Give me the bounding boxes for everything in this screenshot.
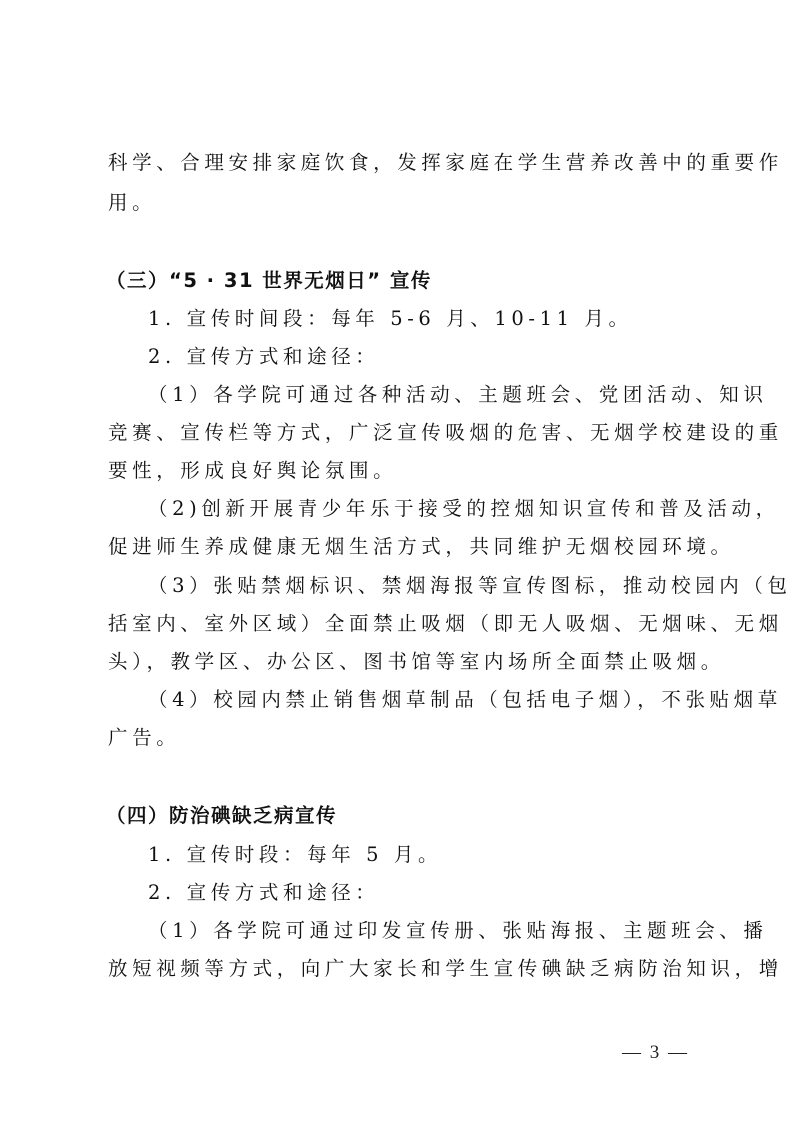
intro-line-1: 科学、合理安排家庭饮食，发挥家庭在学生营养改善中的重要作 (108, 151, 783, 175)
section-3-sub-2-line-2: 促进师生养成健康无烟生活方式，共同维护无烟校园环境。 (108, 535, 735, 559)
section-3-item-2: 2. 宣传方式和途径： (148, 345, 379, 369)
section-3-sub-3-line-3: 头），教学区、办公区、图书馆等室内场所全面禁止吸烟。 (108, 650, 725, 674)
page-number: — 3 — (622, 1042, 689, 1064)
section-4-heading: （四）防治碘缺乏病宣传 (106, 804, 337, 828)
section-3-sub-4-line-1: （4）校园内禁止销售烟草制品（包括电子烟），不张贴烟草 (148, 688, 782, 712)
section-3-sub-3-line-1: （3）张贴禁烟标识、禁烟海报等宣传图标，推动校园内（包 (148, 574, 792, 598)
section-3-sub-4-line-2: 广告。 (108, 726, 180, 750)
section-3-item-1: 1. 宣传时间段：每年 5-6 月、10-11 月。 (148, 307, 633, 331)
section-4-item-2: 2. 宣传方式和途径： (148, 881, 379, 905)
intro-line-2: 用。 (108, 191, 156, 215)
section-4-sub-1-line-2: 放短视频等方式，向广大家长和学生宣传碘缺乏病防治知识，增 (108, 957, 783, 981)
section-3-sub-3-line-2: 括室内、室外区域）全面禁止吸烟（即无人吸烟、无烟味、无烟 (108, 612, 783, 636)
section-3-sub-2-line-1: （2)创新开展青少年乐于接受的控烟知识宣传和普及活动， (148, 497, 780, 521)
section-3-heading: （三）“5 · 31 世界无烟日” 宣传 (106, 269, 432, 293)
section-3-sub-1-line-1: （1）各学院可通过各种活动、主题班会、党团活动、知识 (148, 383, 768, 407)
section-4-sub-1-line-1: （1）各学院可通过印发宣传册、张贴海报、主题班会、播 (148, 919, 768, 943)
document-page: 科学、合理安排家庭饮食，发挥家庭在学生营养改善中的重要作 用。 （三）“5 · … (0, 0, 793, 1122)
section-4-item-1: 1. 宣传时段：每年 5 月。 (148, 843, 442, 867)
section-3-sub-1-line-3: 要性，形成良好舆论氛围。 (108, 459, 397, 483)
section-3-sub-1-line-2: 竞赛、宣传栏等方式，广泛宣传吸烟的危害、无烟学校建设的重 (108, 421, 783, 445)
